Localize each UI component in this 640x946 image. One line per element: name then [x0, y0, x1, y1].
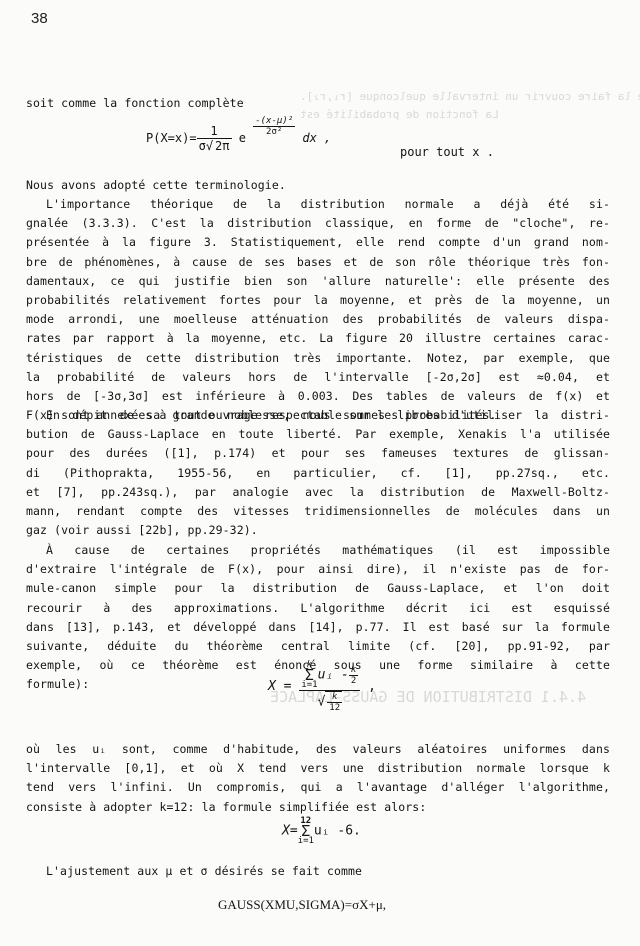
paragraph-line: gaz (voir aussi [22b], pp.29-32).	[26, 523, 610, 537]
normal-density-formula: P(X=x)= 1 σ√2π e -(x-μ)² 2σ² dx ,	[146, 124, 331, 153]
paragraph-line: hors de [-3σ,3σ] est inférieure à 0.003.…	[26, 389, 610, 403]
paragraph-line: probabilités relativement fortes pour la…	[26, 293, 610, 307]
paragraph-line: suivante, déduite du théorème central li…	[26, 639, 610, 653]
paragraph-line: dans [13], p.143, et développé dans [14]…	[26, 620, 610, 634]
intro-line: soit comme la fonction complète	[26, 96, 610, 110]
paragraph-line: L'importance théorique de la distributio…	[46, 197, 610, 211]
paragraph-line: rates par rapport à la moyenne, etc. La …	[26, 331, 610, 345]
paragraph-line: l'intervalle [0,1], et où X tend vers un…	[26, 761, 610, 775]
paragraph-line: mode arrondi, une moelleuse atténuation …	[26, 312, 610, 326]
paragraph-line: pour des durées ([1], p.174) et pour ses…	[26, 446, 610, 460]
paragraph-line: Nous avons adopté cette terminologie.	[26, 178, 610, 192]
page-number: 38	[31, 10, 48, 27]
paragraph-line: gnalée (3.3.3). C'est la distribution cl…	[26, 216, 610, 230]
formula-condition: pour tout x .	[400, 145, 494, 159]
paragraph-line: À cause de certaines propriétés mathémat…	[46, 543, 610, 557]
paragraph-line: la probabilité de valeurs hors de l'inte…	[26, 370, 610, 384]
paragraph-line: bre de phénomènes, à cause de ses bases …	[26, 255, 610, 269]
paragraph-line: présentée à la figure 3. Statistiquement…	[26, 235, 610, 249]
gauss-function-formula: GAUSS(XMU,SIGMA)=σX+μ,	[218, 897, 386, 913]
paragraph-line: recourir à des approximations. L'algorit…	[26, 601, 610, 615]
paragraph-line: damentaux, ce qui justifie bien son 'all…	[26, 274, 610, 288]
paragraph-line: d'extraire l'intégrale de F(x), pour ain…	[26, 562, 610, 576]
simplified-formula: X= 12 Σ i=1 uᵢ -6.	[282, 816, 361, 846]
paragraph-line: mann, rendant compte des vitesses tridim…	[26, 504, 610, 518]
paragraph-line: et [7], pp.243sq.), par analogie avec la…	[26, 485, 610, 499]
paragraph-line: L'ajustement aux μ et σ désirés se fait …	[46, 864, 630, 878]
paragraph-line: consiste à adopter k=12: la formule simp…	[26, 800, 610, 814]
paragraph-line: téristiques de cette distribution très i…	[26, 351, 610, 365]
paragraph-line: di (Pithoprakta, 1955-56, en particulier…	[26, 466, 610, 480]
clt-formula: X = k Σ i=1 uᵢ -k2 √k12 ,	[268, 660, 376, 713]
paragraph-line: tend vers l'infini. Un compromis, qui a …	[26, 780, 610, 794]
paragraph-line: où les uᵢ sont, comme d'habitude, des va…	[26, 742, 610, 756]
paragraph-line: En dépit de sa grande noblesse, nous som…	[46, 408, 610, 422]
paragraph-line: bution de Gauss-Laplace en toute liberté…	[26, 427, 610, 441]
paragraph-line: mule-canon simple pour la distribution d…	[26, 581, 610, 595]
